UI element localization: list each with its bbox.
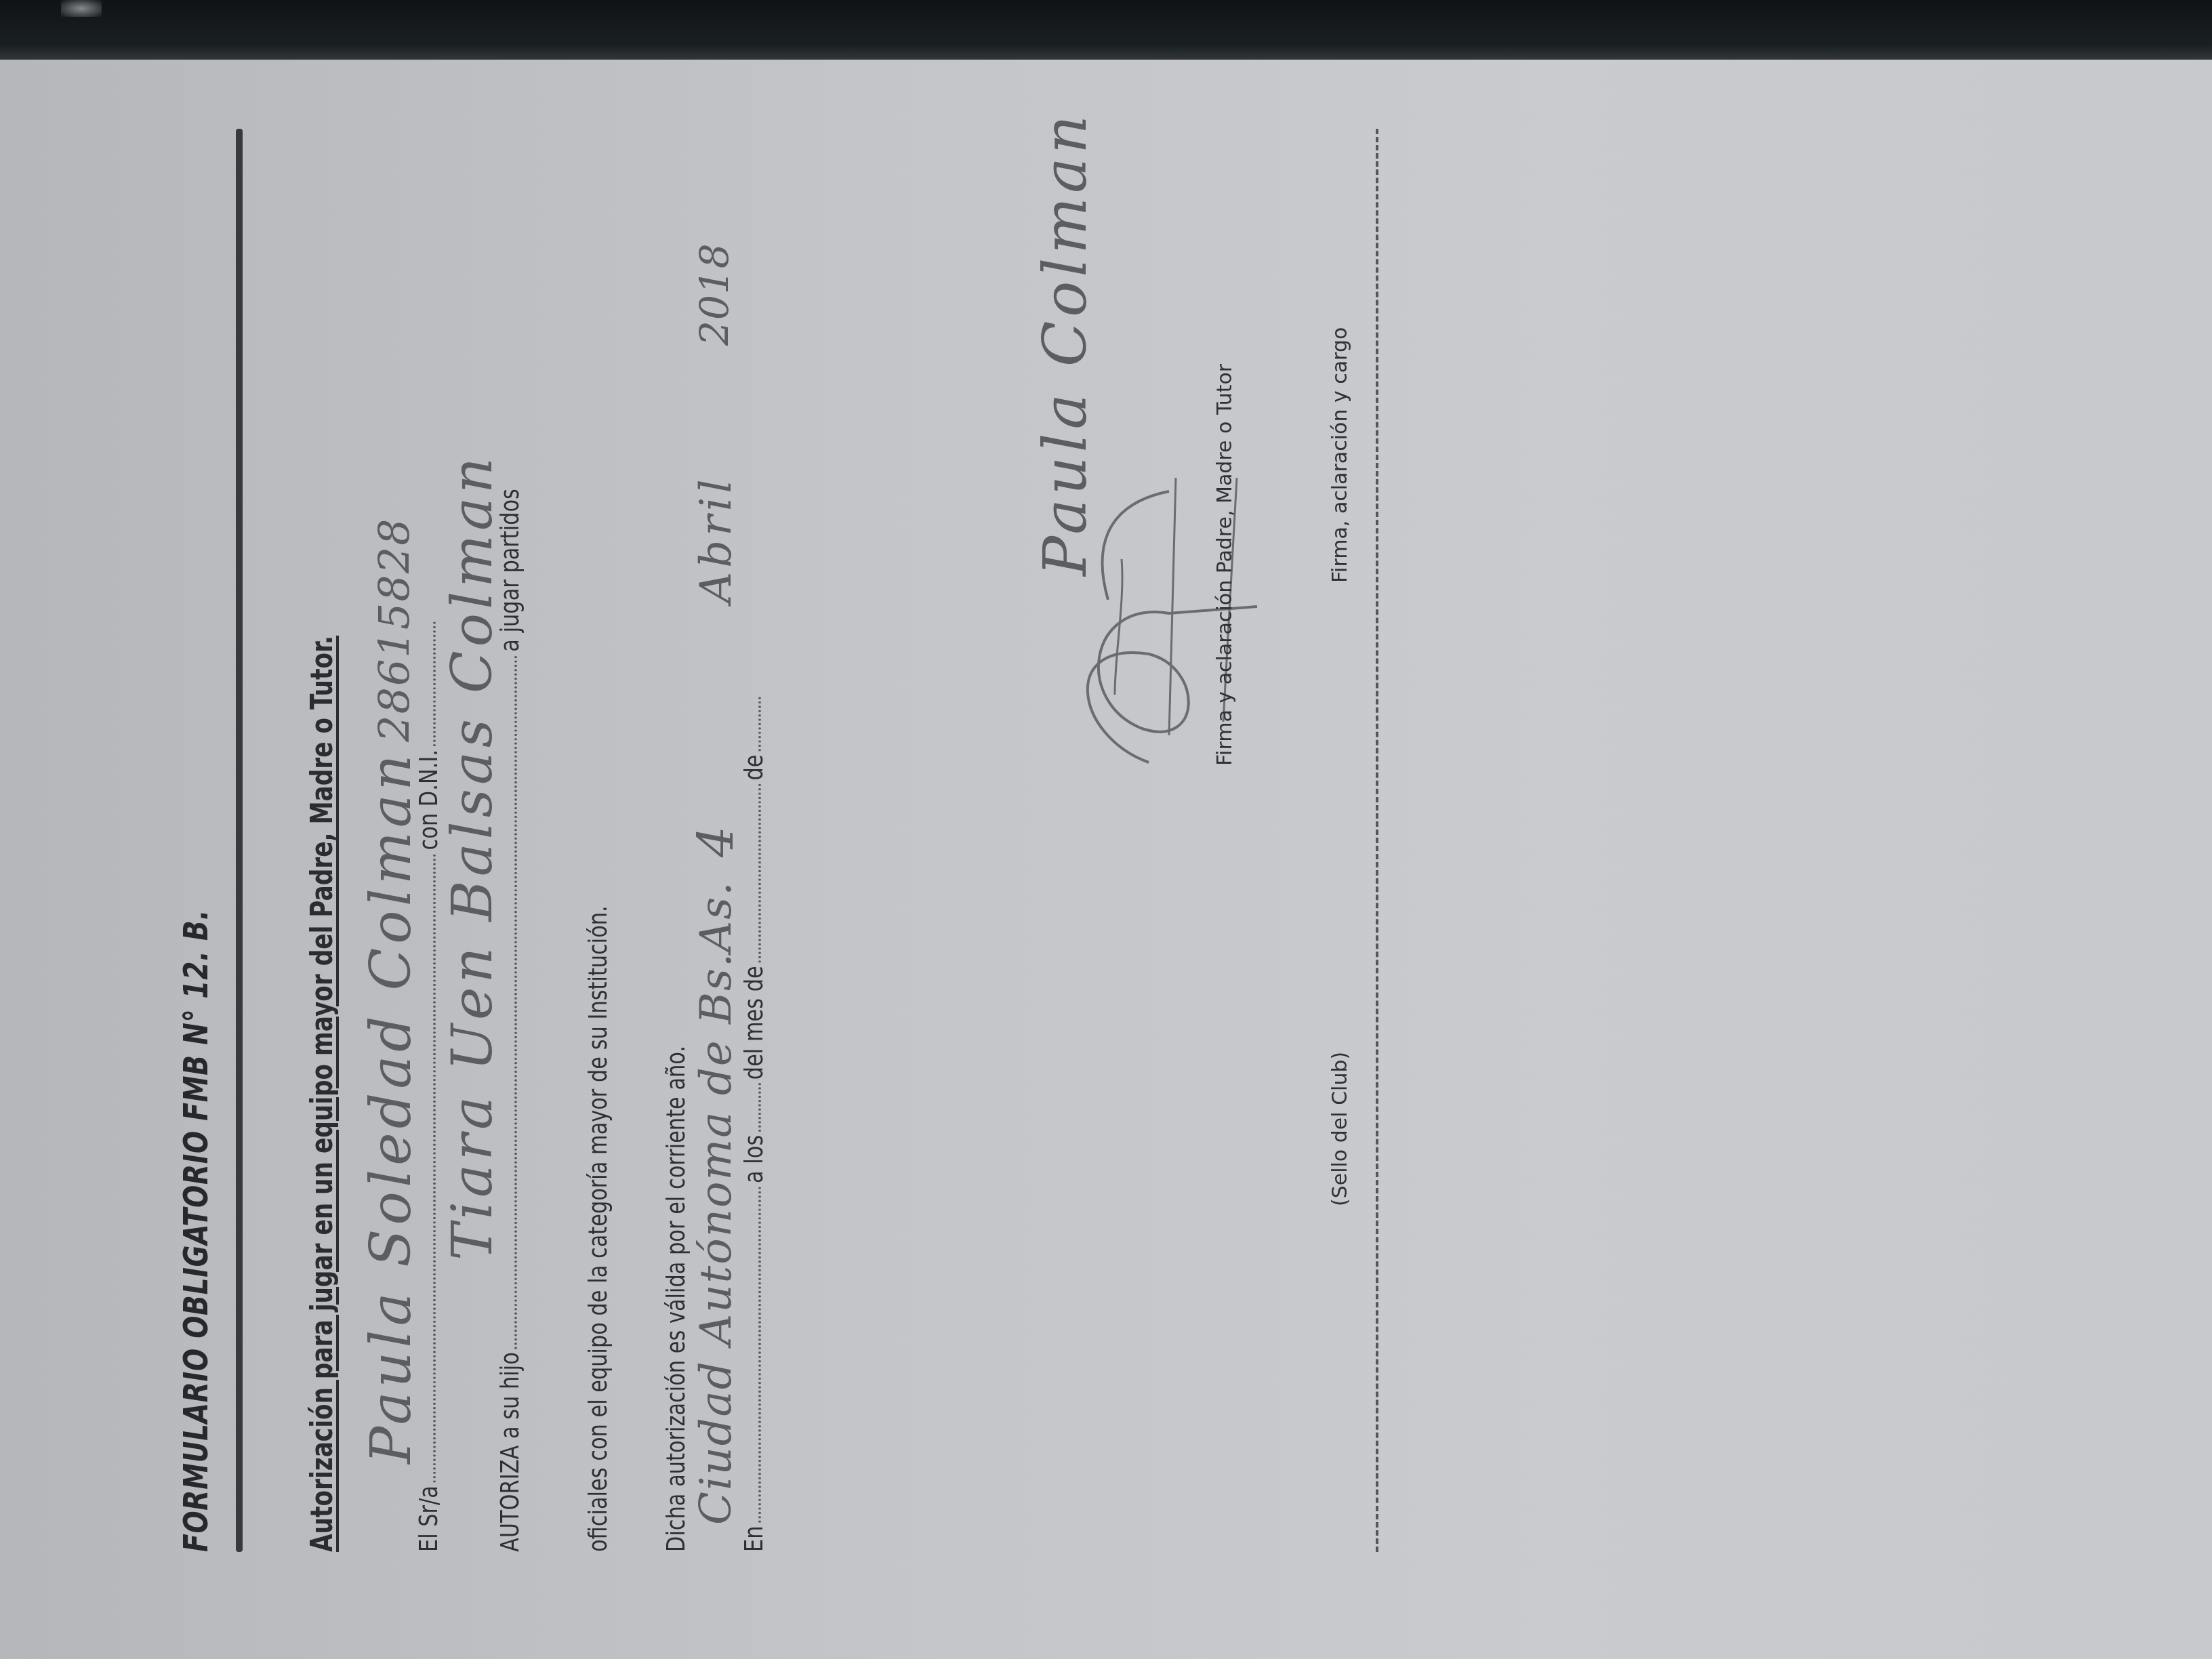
signature-handwritten-name: Paula Colman <box>1030 111 1100 576</box>
day-value: 4 <box>688 822 745 857</box>
conditions-line: oficiales con el equipo de la categoría … <box>583 744 613 1552</box>
place-prefix: En <box>739 1526 769 1552</box>
parent-name-field[interactable] <box>433 853 436 1482</box>
day-label: a los <box>739 1135 769 1183</box>
place-date-line: Ena losdel mes dede <box>739 480 769 1553</box>
validity-line: Dicha autorización es válida por el corr… <box>661 919 691 1552</box>
official-sign-label: Firma, aclaración y cargo <box>1328 327 1352 583</box>
month-field[interactable] <box>758 783 761 962</box>
form-subtitle: Autorización para jugar en un equipo may… <box>305 636 340 1552</box>
child-name-field[interactable] <box>514 655 517 1349</box>
form-title: FORMULARIO OBLIGATORIO FMB N° 12. B. <box>176 909 216 1552</box>
official-signature-line[interactable] <box>1376 129 1378 1552</box>
child-name-value: Tiara Uen Balsas Colman <box>441 453 505 1261</box>
city-field[interactable] <box>758 1187 761 1523</box>
year-value: 2018 <box>691 243 737 346</box>
child-prefix: AUTORIZA a su hijo <box>495 1352 525 1552</box>
month-label: del mes de <box>739 966 769 1080</box>
club-seal-label: (Sello del Club) <box>1328 1052 1352 1206</box>
title-rule <box>236 129 243 1552</box>
signature-label: Firma y aclaración Padre, Madre o Tutor <box>1213 364 1237 766</box>
dni-field[interactable] <box>433 621 436 746</box>
month-value: Abril <box>691 475 741 603</box>
parent-prefix: El Sr/a <box>413 1486 443 1552</box>
day-field[interactable] <box>758 1083 761 1132</box>
year-label: de <box>739 755 769 781</box>
city-value: Ciudad Autónoma de Bs.As. <box>691 880 741 1525</box>
light-glare <box>61 0 102 17</box>
authorization-form: FORMULARIO OBLIGATORIO FMB N° 12. B. Aut… <box>156 108 1443 1565</box>
year-field[interactable] <box>758 697 761 752</box>
parent-name-value: Paula Soledad Colman <box>359 751 424 1464</box>
dni-value: 28615828 <box>369 517 419 742</box>
